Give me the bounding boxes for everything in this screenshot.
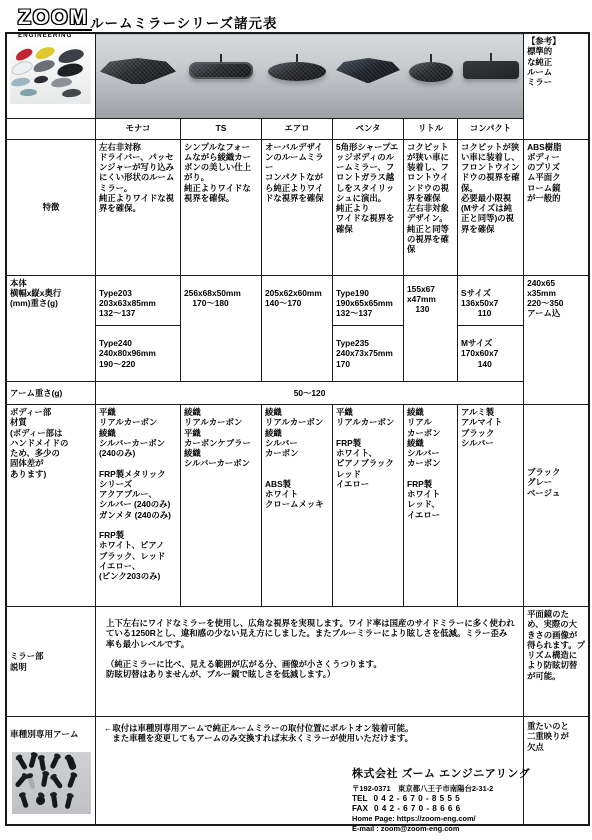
body-size-row: 本体 横幅x縦x奥行 (mm)重さ(g) Type203 203x63x85mm… xyxy=(7,275,589,382)
company-homepage: Home Page: https://zoom-eng.com/ xyxy=(352,814,588,824)
arm-part xyxy=(66,775,75,789)
size-aero: 205x62x60mm 140〜170 xyxy=(262,275,333,382)
arm-part xyxy=(20,795,29,809)
product-photo-ts xyxy=(189,62,253,79)
size-compact: Sサイズ 136x50x7 110 Mサイズ 170x60x7 140 xyxy=(458,275,524,382)
material-compact: アルミ製 アルマイト ブラック シルバー xyxy=(458,405,524,607)
col-header-penta: ペンタ xyxy=(333,118,404,139)
material-monaco: 平織 リアルカーボン 綾織 シルバーカーボン (240のみ) FRP製メタリック… xyxy=(96,405,181,607)
size-compact-s: Sサイズ 136x50x7 110 xyxy=(458,286,523,326)
features-monaco: 左右非対称 ドライバー、パッセンジャーが写り込みにくい形状のルームミラー。 純正… xyxy=(96,139,181,275)
arm-part xyxy=(64,796,72,810)
mirror-black xyxy=(56,62,84,79)
size-monaco: Type203 203x63x85mm 132〜137 Type240 240x… xyxy=(96,275,181,382)
product-photo-strip xyxy=(96,34,524,119)
mirror-description: 上下左右にワイドなミラーを使用し、広角な視界を実現します。ワイド率は国産のサイド… xyxy=(96,607,524,717)
company-name: 株式会社 ズーム エンジニアリング xyxy=(352,765,588,781)
mirror-white xyxy=(10,59,35,78)
mirror-silver xyxy=(50,77,72,89)
spec-sheet-page: ZOOM ENGINEERING ルームミラーシリーズ諸元表 xyxy=(0,0,592,840)
features-reference: ABS樹脂 ボディー のプリズ ム平面ク ローム鏡 が一般的 xyxy=(524,139,589,275)
features-penta: 5角形シャープエッジボディのルームミラー、フロントガラス越しをスタイリッシュに演… xyxy=(333,139,404,275)
size-penta-type235: Type235 240x73x75mm 170 xyxy=(333,336,403,371)
tel-label: TEL xyxy=(352,794,367,803)
arm-weight-value: 50〜120 xyxy=(96,382,524,405)
mirror-gunmetal xyxy=(62,88,82,98)
mirrors-collection-cell xyxy=(7,34,96,119)
material-reference: ブラック グレー ベージュ xyxy=(524,405,589,607)
material-penta: 平織 リアルカーボン FRP製 ホワイト、 ピアノブラック レッド イエロー xyxy=(333,405,404,607)
features-aero: オーバルデザインのルームミラー コンパクトながら純正よりワイドな視界を確保 xyxy=(262,139,333,275)
size-reference: 240x65 x35mm 220〜350 アーム込 xyxy=(524,275,589,405)
zoom-logo-word: ZOOM xyxy=(18,7,92,31)
row-label-body-size: 本体 横幅x縦x奥行 (mm)重さ(g) xyxy=(7,275,96,382)
product-photo-aero xyxy=(268,62,326,81)
mirror-yellow xyxy=(34,45,56,62)
size-penta: Type190 190x65x65mm 132〜137 Type235 240x… xyxy=(333,275,404,382)
features-little: コクピットが狭い車に装着し、フロントウインドウの視界を確保 左右非対象デザイン。… xyxy=(404,139,458,275)
product-photo-compact xyxy=(463,61,519,79)
material-little: 綾織 リアル カーボン 綾織 シルバー カーボン FRP製 ホワイト レッド、 … xyxy=(404,405,458,607)
product-photo-monaco xyxy=(100,58,176,84)
size-ts: 256x68x50mm 170〜180 xyxy=(181,275,262,382)
product-photo-penta xyxy=(336,58,400,83)
company-footer: 株式会社 ズーム エンジニアリング 〒192-0371 東京都八王子市南陽台2-… xyxy=(352,765,588,834)
row-label-vehicle-arm: 車種別専用アーム xyxy=(7,727,95,740)
mirror-teal xyxy=(20,89,37,97)
arm-part xyxy=(49,756,59,770)
row-label-body-material: ボディー部 材質 (ボディー部は ハンドメイドの ため、多少の 固体差が ありま… xyxy=(7,405,96,607)
fax-label: FAX xyxy=(352,804,368,813)
arm-part xyxy=(27,776,35,790)
size-compact-m: Mサイズ 170x60x7 140 xyxy=(458,336,523,371)
model-names-row: モナコ TS エアロ ペンタ リトル コンパクト xyxy=(7,118,589,139)
arm-part xyxy=(14,775,26,788)
row-label-features: 特徴 xyxy=(7,139,96,275)
size-penta-type190: Type190 190x65x65mm 132〜137 xyxy=(333,286,403,326)
company-address: 〒192-0371 東京都八王子市南陽台2-31-2 xyxy=(352,784,588,794)
arm-part xyxy=(38,758,45,772)
vehicle-arms-photo xyxy=(12,752,91,814)
row-label-mirror-desc: ミラー部 説明 xyxy=(7,607,96,717)
mirror-gray xyxy=(32,58,56,74)
spec-table: 【参考】 標準的 な純正 ルーム ミラー モナコ TS エアロ ペンタ リトル … xyxy=(6,33,589,825)
company-fax: FAX042-670-8666 xyxy=(352,804,588,814)
arm-part xyxy=(51,795,58,809)
company-tel: TEL042-670-8555 xyxy=(352,794,588,804)
col-header-monaco: モナコ xyxy=(96,118,181,139)
col-header-compact: コンパクト xyxy=(458,118,524,139)
size-little: 155x67 x47mm 130 xyxy=(404,275,458,382)
product-photo-little xyxy=(409,62,453,82)
arm-part xyxy=(65,756,76,771)
size-monaco-type240: Type240 240x80x96mm 190〜220 xyxy=(96,336,180,371)
arm-part xyxy=(28,755,36,769)
fax-number: 042-670-8666 xyxy=(374,804,463,813)
mirror-reference: 平面鏡のため、実際の大きさの画像が得られます。プリズム構造により防眩切替が可能。 xyxy=(524,607,589,717)
row-label-arm-weight: アーム重さ(g) xyxy=(7,382,96,405)
col-header-aero: エアロ xyxy=(262,118,333,139)
arm-part xyxy=(40,774,47,788)
arm-part xyxy=(51,776,63,790)
mirror-desc-row: ミラー部 説明 上下左右にワイドなミラーを使用し、広角な視界を実現します。ワイド… xyxy=(7,607,589,717)
arm-part xyxy=(17,757,28,771)
size-monaco-type203: Type203 203x63x85mm 132〜137 xyxy=(96,286,180,326)
body-material-row: ボディー部 材質 (ボディー部は ハンドメイドの ため、多少の 固体差が ありま… xyxy=(7,405,589,607)
arm-weight-row: アーム重さ(g) 50〜120 xyxy=(7,382,589,405)
photo-row: 【参考】 標準的 な純正 ルーム ミラー xyxy=(7,34,589,119)
col-header-little: リトル xyxy=(404,118,458,139)
arm-part xyxy=(34,794,46,806)
tel-number: 042-670-8555 xyxy=(373,794,462,803)
features-row: 特徴 左右非対称 ドライバー、パッセンジャーが写り込みにくい形状のルームミラー。… xyxy=(7,139,589,275)
vehicle-arm-label-cell: 車種別専用アーム xyxy=(7,717,96,825)
mirror-small-dark xyxy=(33,75,48,84)
reference-header-cell: 【参考】 標準的 な純正 ルーム ミラー xyxy=(524,34,589,140)
material-aero: 綾織 リアルカーボン 綾織 シルバー カーボン ABS製 ホワイト クロームメッ… xyxy=(262,405,333,607)
col-header-ts: TS xyxy=(181,118,262,139)
empty-corner-cell xyxy=(7,118,96,139)
material-ts: 綾織 リアルカーボン 平織 カーボンケブラー 綾織 シルバーカーボン xyxy=(181,405,262,607)
mirrors-collection-photo xyxy=(10,47,91,104)
mirror-blue xyxy=(10,77,30,88)
company-email: E-mail : zoom@zoom-eng.com xyxy=(352,824,588,834)
features-compact: コクピットが狭い車に装着し、フロントウインドウの視界を確保。 必要最小限視 (M… xyxy=(458,139,524,275)
page-title: ルームミラーシリーズ諸元表 xyxy=(90,12,278,32)
features-ts: シンプルなフォームながら綾織カーボンの美しい仕上がり。 純正よりワイドな視界を確… xyxy=(181,139,262,275)
